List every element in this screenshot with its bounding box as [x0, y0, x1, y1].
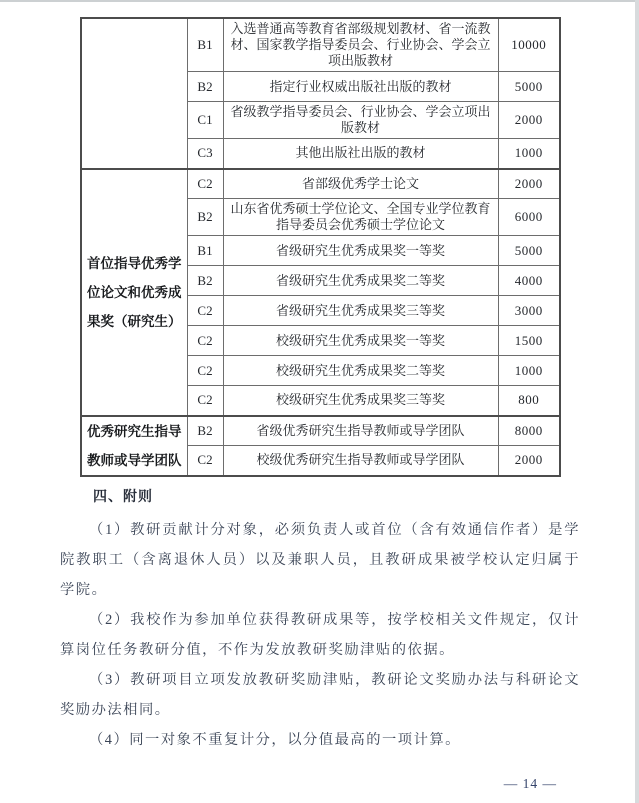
- appendix-paragraph-3: （3）教研项目立项发放教研奖励津贴，教研论文奖励办法与科研论文奖励办法相同。: [60, 665, 580, 725]
- score-cell: 2000: [498, 169, 560, 199]
- desc-cell: 省级教学指导委员会、行业协会、学会立项出版教材: [223, 102, 498, 139]
- table-row: B1入选普通高等教育省部级规划教材、省一流教材、国家教学指导委员会、行业协会、学…: [81, 18, 560, 72]
- desc-cell: 校级优秀研究生指导教师或导学团队: [223, 446, 498, 476]
- score-cell: 2000: [498, 102, 560, 139]
- scan-edge-right: [635, 0, 639, 803]
- desc-cell: 省部级优秀学士论文: [223, 169, 498, 199]
- score-cell: 3000: [498, 296, 560, 326]
- appendix-paragraph-4: （4）同一对象不重复计分，以分值最高的一项计算。: [60, 725, 580, 755]
- code-cell: C2: [187, 356, 223, 386]
- group-label-cell: 首位指导优秀学位论文和优秀成果奖（研究生）: [81, 169, 187, 416]
- score-cell: 5000: [498, 236, 560, 266]
- score-cell: 800: [498, 386, 560, 416]
- code-cell: B1: [187, 18, 223, 72]
- code-cell: B2: [187, 266, 223, 296]
- scan-edge-top: [0, 0, 639, 2]
- appendix-paragraph-2: （2）我校作为参加单位获得教研成果等，按学校相关文件规定，仅计算岗位任务教研分值…: [60, 605, 580, 665]
- score-cell: 1500: [498, 326, 560, 356]
- appendix-section: 四、附则 （1）教研贡献计分对象，必须负责人或首位（含有效通信作者）是学院教职工…: [60, 486, 580, 755]
- section-heading: 四、附则: [93, 486, 580, 506]
- code-cell: C2: [187, 296, 223, 326]
- desc-cell: 省级优秀研究生指导教师或导学团队: [223, 416, 498, 446]
- desc-cell: 校级研究生优秀成果奖三等奖: [223, 386, 498, 416]
- code-cell: B2: [187, 72, 223, 102]
- desc-cell: 指定行业权威出版社出版的教材: [223, 72, 498, 102]
- code-cell: B2: [187, 199, 223, 236]
- desc-cell: 山东省优秀硕士学位论文、全国专业学位教育指导委员会优秀硕士学位论文: [223, 199, 498, 236]
- score-cell: 5000: [498, 72, 560, 102]
- desc-cell: 校级研究生优秀成果奖二等奖: [223, 356, 498, 386]
- appendix-paragraph-1: （1）教研贡献计分对象，必须负责人或首位（含有效通信作者）是学院教职工（含离退休…: [60, 515, 580, 605]
- score-cell: 8000: [498, 416, 560, 446]
- desc-cell: 入选普通高等教育省部级规划教材、省一流教材、国家教学指导委员会、行业协会、学会立…: [223, 18, 498, 72]
- group-label-cell: 优秀研究生指导教师或导学团队: [81, 416, 187, 476]
- table-row: 首位指导优秀学位论文和优秀成果奖（研究生）C2省部级优秀学士论文2000: [81, 169, 560, 199]
- code-cell: C3: [187, 139, 223, 169]
- code-cell: B1: [187, 236, 223, 266]
- score-table-section: B1入选普通高等教育省部级规划教材、省一流教材、国家教学指导委员会、行业协会、学…: [80, 17, 561, 477]
- code-cell: B2: [187, 416, 223, 446]
- desc-cell: 省级研究生优秀成果奖一等奖: [223, 236, 498, 266]
- code-cell: C2: [187, 386, 223, 416]
- score-cell: 6000: [498, 199, 560, 236]
- table-row: 优秀研究生指导教师或导学团队B2省级优秀研究生指导教师或导学团队8000: [81, 416, 560, 446]
- code-cell: C1: [187, 102, 223, 139]
- desc-cell: 省级研究生优秀成果奖三等奖: [223, 296, 498, 326]
- desc-cell: 校级研究生优秀成果奖一等奖: [223, 326, 498, 356]
- score-cell: 1000: [498, 139, 560, 169]
- score-cell: 1000: [498, 356, 560, 386]
- page-number: — 14 —: [504, 776, 557, 792]
- code-cell: C2: [187, 169, 223, 199]
- desc-cell: 其他出版社出版的教材: [223, 139, 498, 169]
- code-cell: C2: [187, 326, 223, 356]
- score-table-body: B1入选普通高等教育省部级规划教材、省一流教材、国家教学指导委员会、行业协会、学…: [81, 18, 560, 476]
- score-cell: 2000: [498, 446, 560, 476]
- score-table: B1入选普通高等教育省部级规划教材、省一流教材、国家教学指导委员会、行业协会、学…: [80, 17, 561, 477]
- group-label-cell: [81, 18, 187, 169]
- code-cell: C2: [187, 446, 223, 476]
- score-cell: 10000: [498, 18, 560, 72]
- desc-cell: 省级研究生优秀成果奖二等奖: [223, 266, 498, 296]
- score-cell: 4000: [498, 266, 560, 296]
